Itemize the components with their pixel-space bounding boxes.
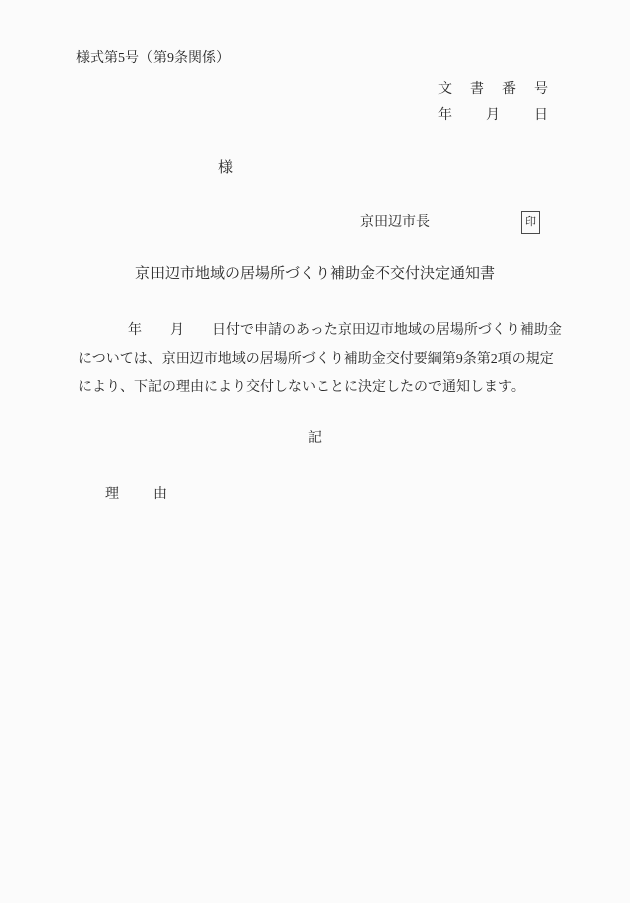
body-line-3: により、下記の理由により交付しないことに決定したので通知します。 — [78, 374, 558, 403]
form-number-label: 様式第5号（第9条関係） — [76, 52, 230, 66]
seal-stamp-box: 印 — [521, 211, 540, 234]
document-title: 京田辺市地域の居場所づくり補助金不交付決定通知書 — [0, 267, 630, 282]
document-page: 様式第5号（第9条関係） 文 書 番 号 年 月 日 様 京田辺市長 印 京田辺… — [0, 0, 630, 903]
body-paragraph: 年 月 日付で申請のあった京田辺市地域の居場所づくり補助金 については、京田辺市… — [78, 317, 558, 403]
reason-label: 理 由 — [105, 488, 169, 502]
addressee-honorific: 様 — [218, 161, 233, 176]
record-marker: 記 — [0, 432, 630, 446]
seal-stamp-icon: 印 — [525, 217, 536, 228]
sender-title: 京田辺市長 — [360, 216, 430, 230]
body-line-1: 年 月 日付で申請のあった京田辺市地域の居場所づくり補助金 — [78, 317, 558, 346]
document-number-blank: 文 書 番 号 — [438, 83, 550, 97]
body-line-2: については、京田辺市地域の居場所づくり補助金交付要綱第9条第2項の規定 — [78, 346, 558, 375]
date-blank-line: 年 月 日 — [438, 109, 550, 123]
